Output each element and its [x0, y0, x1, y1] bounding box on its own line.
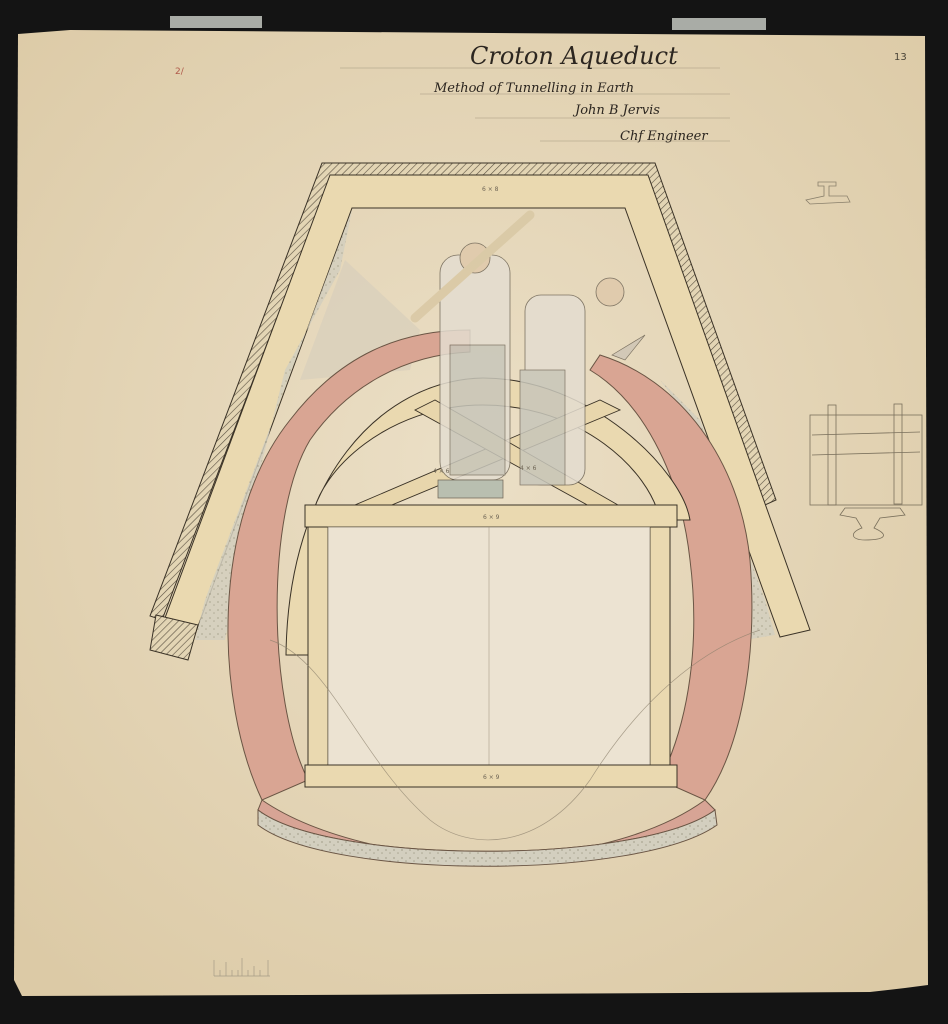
subtitle: Method of Tunnelling in Earth	[433, 81, 634, 96]
worker-platform	[438, 480, 503, 498]
signature-role: Chf Engineer	[620, 129, 708, 144]
page-number: 13	[894, 52, 907, 63]
left-post	[308, 527, 328, 780]
signature: John B Jervis	[572, 103, 660, 118]
label-bottom-beam: 6 × 9	[483, 774, 500, 781]
corner-mark: 2/	[175, 67, 185, 77]
label-top-frame: 6 × 8	[482, 186, 499, 193]
label-brace-left: 4 × 6	[433, 468, 450, 475]
label-center-beam: 6 × 9	[483, 514, 500, 521]
drawing-sheet: 6 × 8 6 × 9 6 × 9 4 × 6 4 × 6 Croton Aqu…	[0, 0, 948, 1024]
right-post	[650, 527, 670, 780]
label-brace-right: 4 × 6	[520, 465, 537, 472]
title: Croton Aqueduct	[470, 42, 678, 70]
